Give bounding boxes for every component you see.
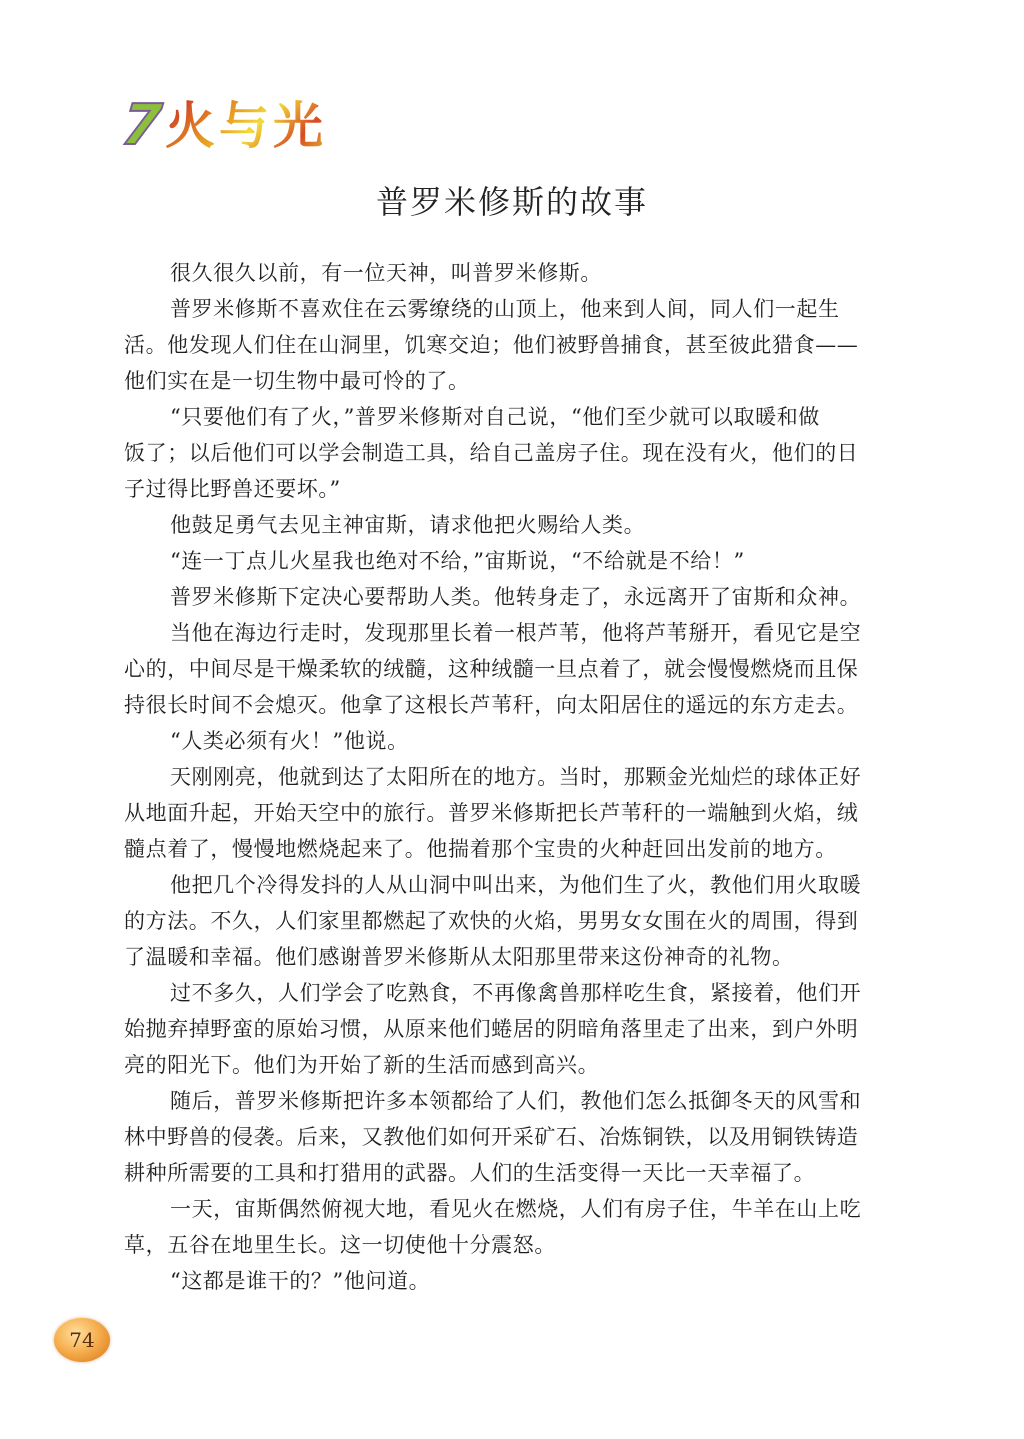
chapter-heading: 7 火与光 <box>122 96 327 156</box>
text-line: “连一丁点儿火星我也绝对不给，”宙斯说，“不给就是不给！” <box>124 543 904 579</box>
text-line: 心的，中间尽是干燥柔软的绒髓，这种绒髓一旦点着了，就会慢慢燃烧而且保 <box>124 651 904 687</box>
text-line: “只要他们有了火，”普罗米修斯对自己说，“他们至少就可以取暖和做 <box>124 399 904 435</box>
text-line: 普罗米修斯不喜欢住在云雾缭绕的山顶上，他来到人间，同人们一起生 <box>124 291 904 327</box>
text-line: 林中野兽的侵袭。后来，又教他们如何开采矿石、冶炼铜铁，以及用铜铁铸造 <box>124 1119 904 1155</box>
text-line: 随后，普罗米修斯把许多本领都给了人们，教他们怎么抵御冬天的风雪和 <box>124 1083 904 1119</box>
text-line: 了温暖和幸福。他们感谢普罗米修斯从太阳那里带来这份神奇的礼物。 <box>124 939 904 975</box>
text-line: 草，五谷在地里生长。这一切使他十分震怒。 <box>124 1227 904 1263</box>
text-line: 他鼓足勇气去见主神宙斯，请求他把火赐给人类。 <box>124 507 904 543</box>
text-line: 活。他发现人们住在山洞里，饥寒交迫；他们被野兽捕食，甚至彼此猎食—— <box>124 327 904 363</box>
story-body: 很久很久以前，有一位天神，叫普罗米修斯。 普罗米修斯不喜欢住在云雾缭绕的山顶上，… <box>124 255 904 1299</box>
text-line: 从地面升起，开始天空中的旅行。普罗米修斯把长芦苇秆的一端触到火焰，绒 <box>124 795 904 831</box>
page-number: 74 <box>69 1328 94 1352</box>
text-line: 当他在海边行走时，发现那里长着一根芦苇，他将芦苇掰开，看见它是空 <box>124 615 904 651</box>
text-line: 过不多久，人们学会了吃熟食，不再像禽兽那样吃生食，紧接着，他们开 <box>124 975 904 1011</box>
text-line: 一天，宙斯偶然俯视大地，看见火在燃烧，人们有房子住，牛羊在山上吃 <box>124 1191 904 1227</box>
text-line: 很久很久以前，有一位天神，叫普罗米修斯。 <box>124 255 904 291</box>
text-line: 他们实在是一切生物中最可怜的了。 <box>124 363 904 399</box>
text-line: “人类必须有火！”他说。 <box>124 723 904 759</box>
text-line: 髓点着了，慢慢地燃烧起来了。他揣着那个宝贵的火种赶回出发前的地方。 <box>124 831 904 867</box>
text-line: 天刚刚亮，他就到达了太阳所在的地方。当时，那颗金光灿烂的球体正好 <box>124 759 904 795</box>
text-line: 普罗米修斯下定决心要帮助人类。他转身走了，永远离开了宙斯和众神。 <box>124 579 904 615</box>
page-number-badge: 74 <box>54 1318 110 1362</box>
text-line: “这都是谁干的？”他问道。 <box>124 1263 904 1299</box>
chapter-title: 火与光 <box>165 98 327 154</box>
chapter-number: 7 <box>119 98 164 154</box>
text-line: 耕种所需要的工具和打猎用的武器。人们的生活变得一天比一天幸福了。 <box>124 1155 904 1191</box>
text-line: 他把几个冷得发抖的人从山洞中叫出来，为他们生了火，教他们用火取暖 <box>124 867 904 903</box>
text-line: 子过得比野兽还要坏。” <box>124 471 904 507</box>
story-title: 普罗米修斯的故事 <box>0 178 1024 226</box>
text-line: 持很长时间不会熄灭。他拿了这根长芦苇秆，向太阳居住的遥远的东方走去。 <box>124 687 904 723</box>
text-line: 的方法。不久，人们家里都燃起了欢快的火焰，男男女女围在火的周围，得到 <box>124 903 904 939</box>
text-line: 饭了；以后他们可以学会制造工具，给自己盖房子住。现在没有火，他们的日 <box>124 435 904 471</box>
text-line: 始抛弃掉野蛮的原始习惯，从原来他们蜷居的阴暗角落里走了出来，到户外明 <box>124 1011 904 1047</box>
text-line: 亮的阳光下。他们为开始了新的生活而感到高兴。 <box>124 1047 904 1083</box>
